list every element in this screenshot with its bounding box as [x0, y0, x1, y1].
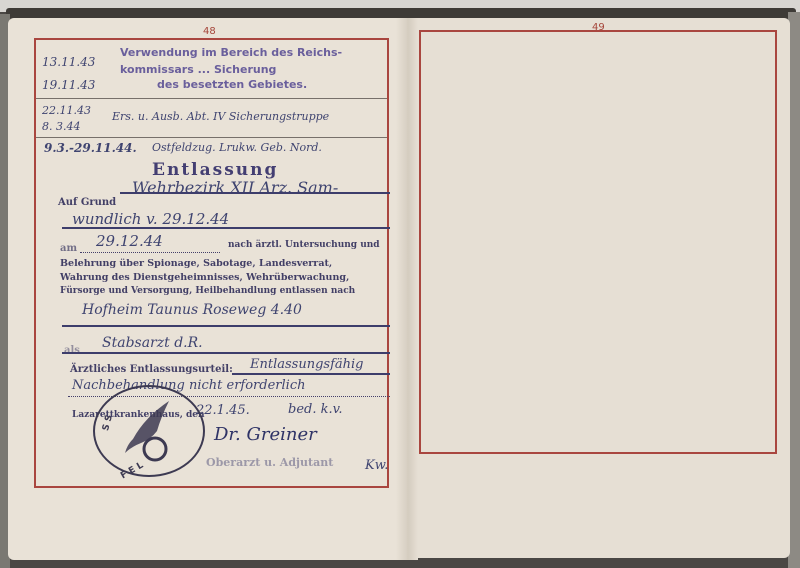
stamp-line-1: Verwendung im Bereich des Reichs-	[120, 46, 342, 59]
printed-text-4: Fürsorge und Versorgung, Heilbehandlung …	[60, 286, 355, 296]
right-page-frame	[419, 30, 777, 454]
entry3-dates: 9.3.-29.11.44.	[44, 141, 137, 155]
book-cover-edge	[6, 8, 796, 18]
on-value: 29.12.44	[96, 232, 163, 250]
stamp-line-3: des besetzten Gebietes.	[157, 78, 307, 91]
printed-text-3: Wahrung des Dienstgeheimnisses, Wehrüber…	[60, 272, 349, 283]
entry1-date-to: 19.11.43	[42, 78, 95, 92]
by-label: als	[64, 345, 80, 356]
verdict-label: Ärztliches Entlassungsurteil:	[70, 364, 233, 375]
underline-stroke	[62, 352, 390, 354]
entry3-campaign: Ostfeldzug. Lrukw. Geb. Nord.	[152, 141, 322, 154]
printed-text-2: Belehrung über Spionage, Sabotage, Lande…	[60, 258, 332, 269]
ground-value-line1: Wehrbezirk XII Arz. Sam-	[132, 178, 338, 197]
verdict-value-line1: Entlassungsfähig	[250, 357, 364, 372]
entry2-date-to: 8. 3.44	[42, 120, 80, 133]
entry2-unit: Ers. u. Ausb. Abt. IV Sicherungstruppe	[112, 110, 329, 123]
eagle-seal-icon	[95, 387, 203, 475]
date-value: 22.1.45.	[196, 403, 250, 418]
underline-stroke	[62, 325, 390, 327]
status-value: bed. k.v.	[288, 402, 343, 417]
underline-stroke	[62, 227, 390, 229]
entry-divider	[36, 137, 387, 138]
book-gutter	[396, 18, 418, 560]
entry2-date-from: 22.11.43	[42, 104, 91, 117]
dotted-line	[80, 252, 220, 253]
page-number-left: 48	[203, 26, 216, 37]
printed-text-1: nach ärztl. Untersuchung und	[228, 240, 380, 250]
by-value: Stabsarzt d.R.	[102, 335, 203, 351]
entry-divider	[36, 98, 387, 99]
ground-label: Auf Grund	[58, 197, 116, 208]
underline-stroke	[120, 192, 390, 194]
ground-value-line2: wundlich v. 29.12.44	[72, 210, 229, 228]
on-label: am	[60, 243, 77, 254]
destination: Hofheim Taunus Roseweg 4.40	[82, 302, 302, 318]
discharge-heading: Entlassung	[152, 160, 278, 180]
underline-stroke	[232, 373, 390, 375]
entry1-date-from: 13.11.43	[42, 55, 95, 69]
stamp-line-2: kommissars ... Sicherung	[120, 63, 276, 76]
signature: Dr. Greiner	[214, 424, 317, 445]
initials: Kw.	[365, 458, 388, 473]
signature-title: Oberarzt u. Adjutant	[206, 456, 333, 469]
